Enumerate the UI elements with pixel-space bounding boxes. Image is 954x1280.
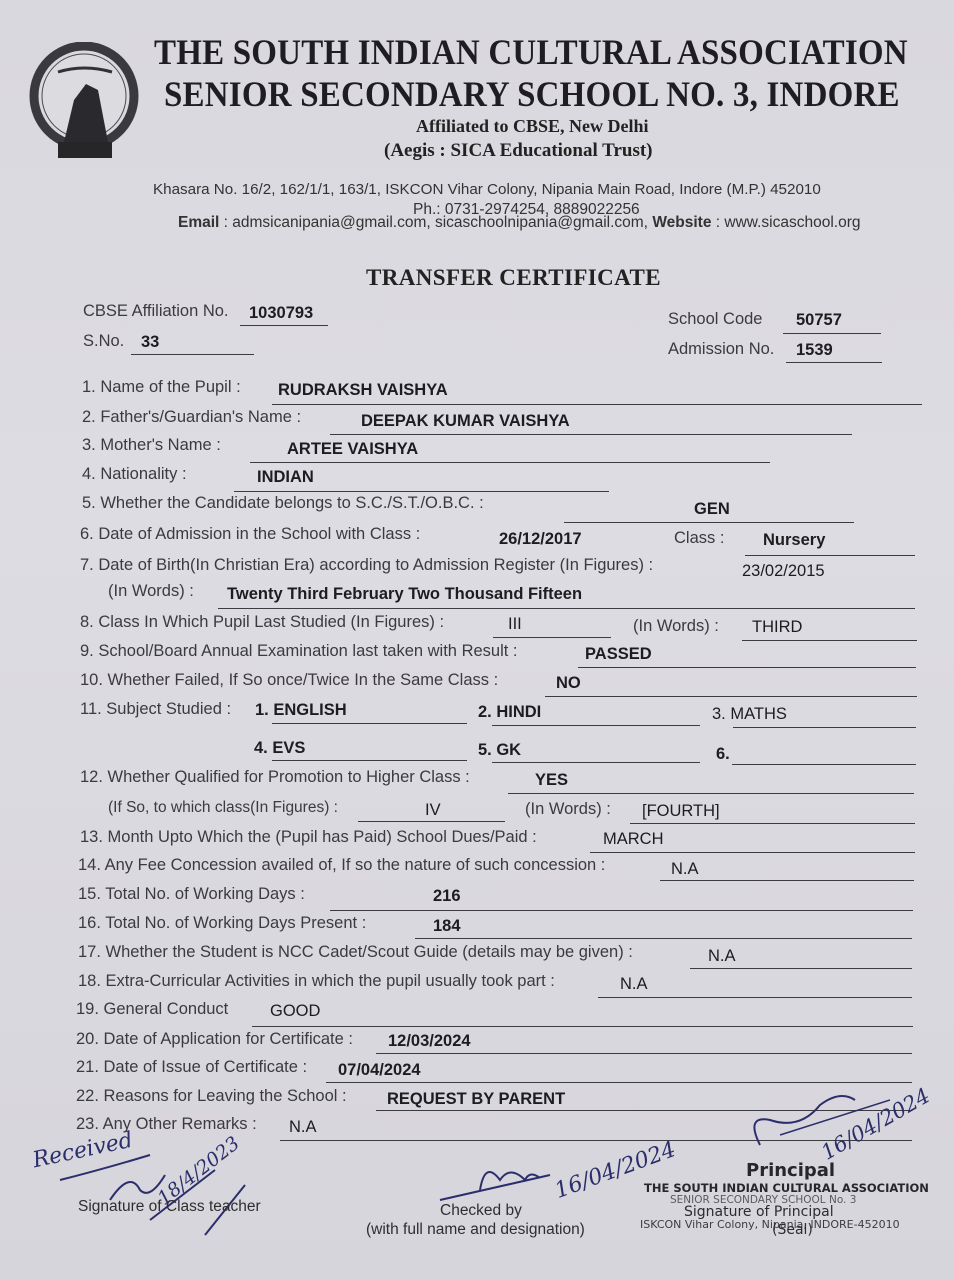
dob-label: 7. Date of Birth(In Christian Era) accor… [80, 556, 653, 575]
last-class-words-value: THIRD [752, 618, 802, 637]
leaving-reason-value: REQUEST BY PARENT [387, 1090, 565, 1109]
website-label: Website [652, 214, 711, 231]
subject-1-line [272, 723, 467, 724]
subject-1: 1. ENGLISH [255, 701, 347, 720]
promotion-words-value: [FOURTH] [642, 802, 720, 821]
application-date-label: 20. Date of Application for Certificate … [76, 1030, 353, 1049]
subject-5: 5. GK [478, 741, 521, 760]
father-name-label: 2. Father's/Guardian's Name : [82, 408, 301, 427]
remarks-label: 23. Any Other Remarks : [76, 1115, 257, 1134]
exam-result-line [578, 667, 916, 668]
nationality-line [234, 491, 609, 492]
category-value: GEN [694, 500, 730, 519]
extracurricular-line [598, 997, 912, 998]
days-present-line [415, 938, 912, 939]
dob-words-value: Twenty Third February Two Thousand Fifte… [227, 585, 582, 604]
principal-stamp-line1: THE SOUTH INDIAN CULTURAL ASSOCIATION [644, 1181, 929, 1195]
days-present-label: 16. Total No. of Working Days Present : [78, 914, 366, 933]
school-logo [28, 42, 140, 160]
last-class-value: III [508, 615, 522, 634]
affiliation-text: Affiliated to CBSE, New Delhi [416, 116, 649, 137]
admission-class-line [745, 555, 915, 556]
extracurricular-value: N.A [620, 975, 648, 994]
principal-stamp-line3: ISKCON Vihar Colony, Nipania, INDORE-452… [640, 1218, 900, 1231]
promotion-words-label: (In Words) : [525, 800, 611, 819]
school-code-line [783, 333, 881, 334]
ncc-line [690, 968, 912, 969]
promotion-value: YES [535, 771, 568, 790]
dues-line [590, 852, 915, 853]
pupil-name-line [272, 404, 922, 405]
checked-by-signature-icon [430, 1150, 570, 1210]
dues-label: 13. Month Upto Which the (Pupil has Paid… [80, 828, 537, 847]
affiliation-no-value: 1030793 [249, 304, 313, 323]
admission-date-label: 6. Date of Admission in the School with … [80, 525, 420, 544]
aegis-text: (Aegis : SICA Educational Trust) [384, 140, 653, 162]
school-name-line1: THE SOUTH INDIAN CULTURAL ASSOCIATION [154, 34, 908, 74]
ncc-value: N.A [708, 947, 736, 966]
promotion-words-line [630, 823, 915, 824]
dob-value: 23/02/2015 [742, 562, 825, 581]
last-class-words-label: (In Words) : [633, 617, 719, 636]
failed-value: NO [556, 674, 581, 693]
dob-words-label: (In Words) : [108, 582, 194, 601]
subjects-label: 11. Subject Studied : [80, 700, 231, 719]
affiliation-no-line [240, 325, 328, 326]
nationality-value: INDIAN [257, 468, 314, 487]
extracurricular-label: 18. Extra-Curricular Activities in which… [78, 972, 555, 991]
last-class-words-line [742, 640, 917, 641]
dob-words-line [218, 608, 915, 609]
address-text: Khasara No. 16/2, 162/1/1, 163/1, ISKCON… [153, 181, 821, 198]
school-code-value: 50757 [796, 311, 842, 330]
school-code-label: School Code [668, 310, 762, 329]
class-teacher-signature-label: Signature of Class teacher [78, 1198, 261, 1216]
conduct-line [252, 1026, 913, 1027]
subject-4: 4. EVS [254, 739, 305, 758]
nationality-label: 4. Nationality : [82, 465, 187, 484]
admission-date-value: 26/12/2017 [499, 530, 582, 549]
promotion-label: 12. Whether Qualified for Promotion to H… [80, 768, 470, 787]
website-value: : www.sicaschool.org [716, 214, 861, 231]
promotion-line [508, 793, 914, 794]
email-label: Email [178, 214, 219, 231]
last-class-label: 8. Class In Which Pupil Last Studied (In… [80, 613, 444, 632]
principal-stamp-title: Principal [746, 1160, 835, 1181]
failed-label: 10. Whether Failed, If So once/Twice In … [80, 671, 498, 690]
last-class-line [493, 637, 611, 638]
subject-4-line [272, 760, 467, 761]
sno-value: 33 [141, 333, 159, 352]
subject-3-line [733, 727, 916, 728]
admission-class-label: Class : [674, 529, 724, 548]
certificate-title: TRANSFER CERTIFICATE [366, 265, 661, 291]
dues-value: MARCH [603, 830, 664, 849]
concession-label: 14. Any Fee Concession availed of, If so… [78, 856, 605, 875]
concession-value: N.A [671, 860, 699, 879]
seal-label: (Seal) [772, 1222, 813, 1238]
leaving-reason-label: 22. Reasons for Leaving the School : [76, 1087, 347, 1106]
father-name-line [330, 434, 852, 435]
checked-by-label: Checked by [440, 1202, 522, 1220]
issue-date-label: 21. Date of Issue of Certificate : [76, 1058, 307, 1077]
affiliation-no-label: CBSE Affiliation No. [83, 302, 229, 321]
subject-6-line [732, 764, 916, 765]
admission-no-value: 1539 [796, 341, 833, 360]
promotion-figures-value: IV [425, 801, 441, 820]
subject-2-line [492, 725, 700, 726]
application-date-line [376, 1053, 912, 1054]
email-value: : admsicanipania@gmail.com, sicaschoolni… [224, 214, 648, 231]
concession-line [660, 880, 914, 881]
pupil-name-value: RUDRAKSH VAISHYA [278, 381, 448, 400]
mother-name-label: 3. Mother's Name : [82, 436, 221, 455]
working-days-line [330, 910, 913, 911]
school-name-line2: SENIOR SECONDARY SCHOOL NO. 3, INDORE [164, 76, 900, 116]
exam-result-label: 9. School/Board Annual Examination last … [80, 642, 518, 661]
principal-stamp: Principal THE SOUTH INDIAN CULTURAL ASSO… [640, 1160, 940, 1240]
application-date-value: 12/03/2024 [388, 1032, 471, 1051]
ncc-label: 17. Whether the Student is NCC Cadet/Sco… [78, 943, 633, 962]
promotion-figures-label: (If So, to which class(In Figures) : [108, 799, 338, 817]
working-days-label: 15. Total No. of Working Days : [78, 885, 305, 904]
issue-date-value: 07/04/2024 [338, 1061, 421, 1080]
failed-line [545, 696, 917, 697]
promotion-figures-line [358, 821, 505, 822]
subject-6: 6. [716, 745, 730, 764]
father-name-value: DEEPAK KUMAR VAISHYA [361, 412, 570, 431]
contact-line: Email : admsicanipania@gmail.com, sicasc… [178, 214, 861, 232]
temple-crest-icon [28, 42, 140, 160]
subject-3: 3. MATHS [712, 705, 787, 724]
category-line [564, 522, 854, 523]
category-label: 5. Whether the Candidate belongs to S.C.… [82, 494, 484, 513]
days-present-value: 184 [433, 917, 461, 936]
pupil-name-label: 1. Name of the Pupil : [82, 378, 241, 397]
mother-name-value: ARTEE VAISHYA [287, 440, 418, 459]
admission-no-label: Admission No. [668, 340, 774, 359]
admission-no-line [786, 362, 882, 363]
subject-2: 2. HINDI [478, 703, 541, 722]
remarks-value: N.A [289, 1118, 317, 1137]
conduct-value: GOOD [270, 1002, 320, 1021]
exam-result-value: PASSED [585, 645, 652, 664]
conduct-label: 19. General Conduct [76, 1000, 228, 1019]
working-days-value: 216 [433, 887, 461, 906]
subject-5-line [492, 762, 700, 763]
checked-by-sublabel: (with full name and designation) [366, 1221, 585, 1239]
sno-line [131, 354, 254, 355]
sno-label: S.No. [83, 332, 124, 351]
admission-class-value: Nursery [763, 531, 825, 550]
mother-name-line [250, 462, 770, 463]
